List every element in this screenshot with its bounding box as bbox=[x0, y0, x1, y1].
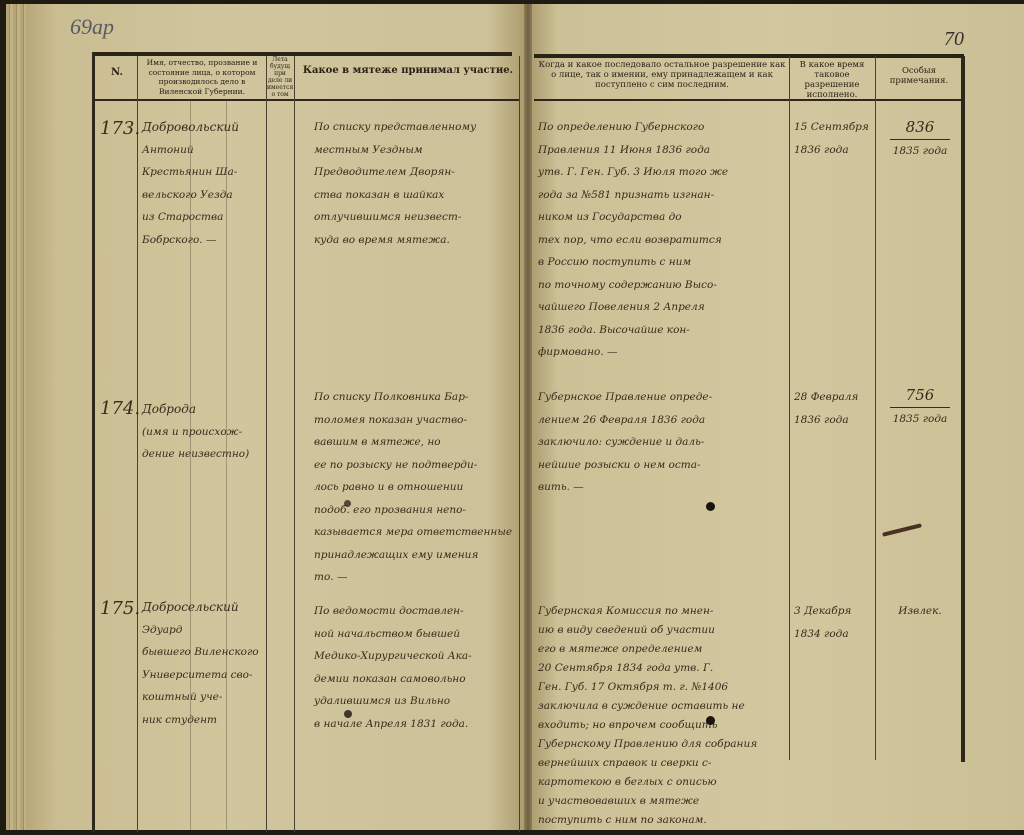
book-gutter bbox=[524, 4, 532, 830]
entry-name: Добросельский Эдуард бывшего Виленского … bbox=[142, 596, 266, 731]
header-resolution: Когда и какое последовало остальное разр… bbox=[536, 60, 788, 90]
header-case: Лета будущ при деле ли имеется о том све… bbox=[267, 56, 293, 98]
entry-notes: 836 1835 года bbox=[880, 116, 960, 162]
header-number: N. bbox=[100, 68, 134, 78]
entry-executed: 15 Сентября 1836 года bbox=[794, 116, 874, 161]
entry-name: Добровольский Антоний Крестьянин Ша- вел… bbox=[142, 116, 266, 251]
header-notes: Особыя примечания. bbox=[877, 66, 961, 86]
entry-participation: По списку представленному местным Уездны… bbox=[314, 116, 520, 251]
entry-notes: 756 1835 года bbox=[880, 384, 960, 430]
ink-blot bbox=[344, 500, 351, 507]
col-rule bbox=[789, 56, 790, 760]
right-header-top-rule bbox=[534, 54, 964, 58]
entry-executed: 3 Декабря 1834 года bbox=[794, 600, 874, 645]
header-participation: Какое в мятеже принимал участие. bbox=[298, 66, 518, 76]
ink-blot bbox=[706, 716, 715, 725]
entry-executed: 28 Февраля 1836 года bbox=[794, 386, 874, 431]
entry-notes: Извлек. bbox=[880, 600, 960, 623]
entry-resolution: По определению Губернского Правления 11 … bbox=[538, 116, 788, 364]
col-rule bbox=[266, 56, 267, 832]
header-executed: В какое время таковое разрешение исполне… bbox=[791, 60, 873, 100]
right-outer-rule bbox=[961, 56, 965, 762]
entry-name: Доброда (имя и происхож- дение неизвестн… bbox=[142, 398, 266, 466]
entry-number: 174. bbox=[100, 398, 140, 419]
left-header-bottom-rule bbox=[94, 99, 520, 101]
page-number: 70 bbox=[944, 28, 964, 51]
archive-reference: 69ap bbox=[70, 14, 114, 40]
right-header-bottom-rule bbox=[534, 99, 964, 101]
entry-resolution: Губернская Комиссия по мнен- ию в виду с… bbox=[538, 602, 788, 830]
entry-participation: По списку Полковника Бар- толомея показа… bbox=[314, 386, 520, 589]
col-rule bbox=[875, 56, 876, 760]
left-outer-rule bbox=[92, 52, 95, 832]
header-name: Имя, отчество, прозвание и состояние лиц… bbox=[140, 58, 264, 96]
entry-resolution: Губернское Правление опреде- лением 26 Ф… bbox=[538, 386, 788, 499]
left-header-top-rule bbox=[94, 52, 512, 56]
col-rule bbox=[137, 56, 138, 832]
ink-blot bbox=[344, 710, 352, 718]
ink-blot bbox=[706, 502, 715, 511]
entry-number: 173. bbox=[100, 118, 140, 139]
col-rule bbox=[294, 56, 295, 832]
entry-number: 175. bbox=[100, 598, 140, 619]
